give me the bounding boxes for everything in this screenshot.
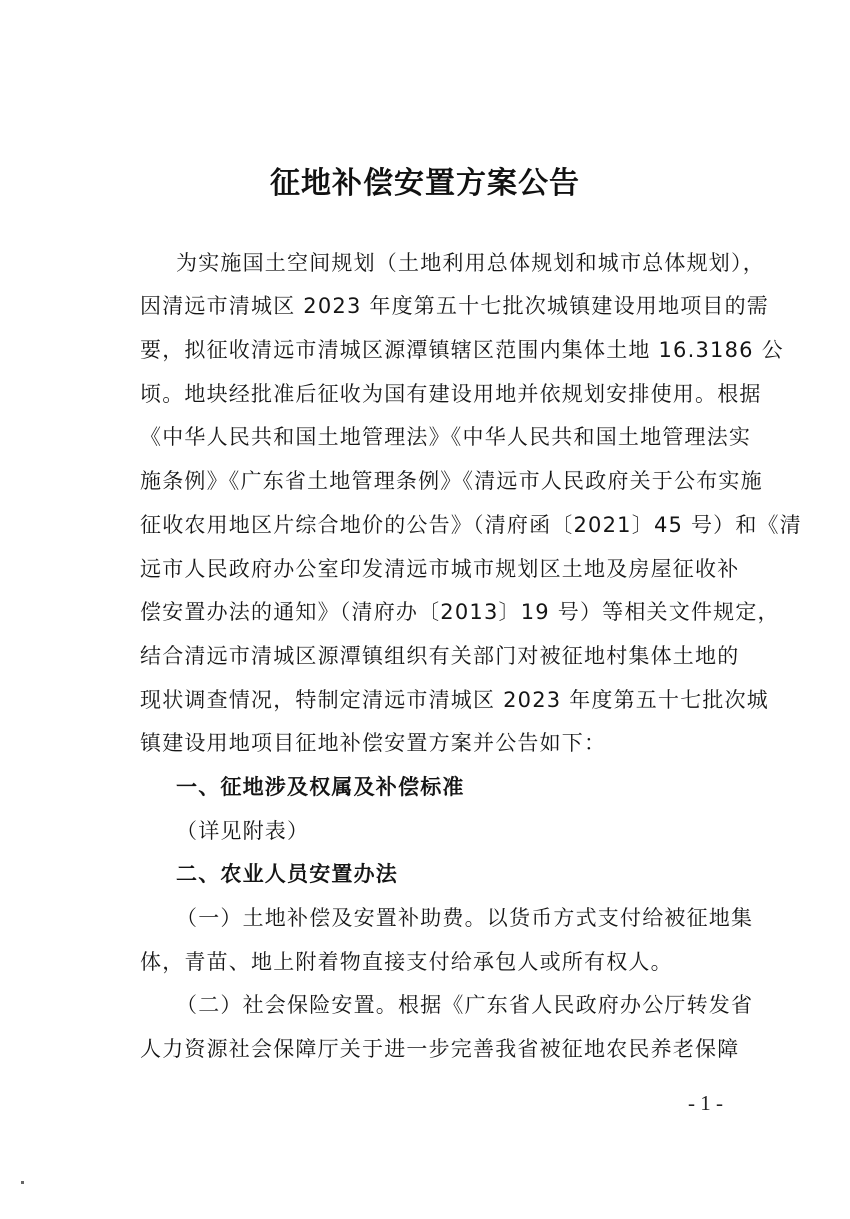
paragraph-line: （一）土地补偿及安置补助费。以货币方式支付给被征地集 — [176, 904, 806, 932]
paragraph-line: （详见附表） — [176, 817, 806, 845]
document-title: 征地补偿安置方案公告 — [0, 158, 850, 202]
paragraph-line: 镇建设用地项目征地补偿安置方案并公告如下： — [140, 729, 770, 757]
paragraph-line: （二）社会保险安置。根据《广东省人民政府办公厅转发省 — [176, 991, 806, 1019]
paragraph-line: 要，拟征收清远市清城区源潭镇辖区范围内集体土地 16.3186 公 — [140, 336, 770, 364]
paragraph-line: 偿安置办法的通知》（清府办〔2013〕19 号）等相关文件规定， — [140, 598, 770, 626]
paragraph-line: 现状调查情况，特制定清远市清城区 2023 年度第五十七批次城 — [140, 686, 770, 714]
paragraph-line: 结合清远市清城区源潭镇组织有关部门对被征地村集体土地的 — [140, 642, 770, 670]
paragraph-line: 因清远市清城区 2023 年度第五十七批次城镇建设用地项目的需 — [140, 292, 770, 320]
paragraph-line: 人力资源社会保障厅关于进一步完善我省被征地农民养老保障 — [140, 1035, 770, 1063]
paragraph-line: 体，青苗、地上附着物直接支付给承包人或所有权人。 — [140, 948, 770, 976]
page-number: - 1 - — [688, 1091, 723, 1116]
paragraph-line: 顷。地块经批准后征收为国有建设用地并依规划安排使用。根据 — [140, 380, 770, 408]
section-heading-1: 一、征地涉及权属及补偿标准 — [176, 773, 806, 801]
section-heading-2: 二、农业人员安置办法 — [176, 860, 806, 888]
paragraph-line: 《中华人民共和国土地管理法》《中华人民共和国土地管理法实 — [140, 423, 770, 451]
paragraph-line: 施条例》《广东省土地管理条例》《清远市人民政府关于公布实施 — [140, 467, 770, 495]
paragraph-line: 征收农用地区片综合地价的公告》（清府函〔2021〕45 号）和《清 — [140, 511, 770, 539]
scan-artifact — [21, 1181, 24, 1184]
paragraph-line: 为实施国土空间规划（土地利用总体规划和城市总体规划）， — [176, 249, 806, 277]
paragraph-line: 远市人民政府办公室印发清远市城市规划区土地及房屋征收补 — [140, 555, 770, 583]
